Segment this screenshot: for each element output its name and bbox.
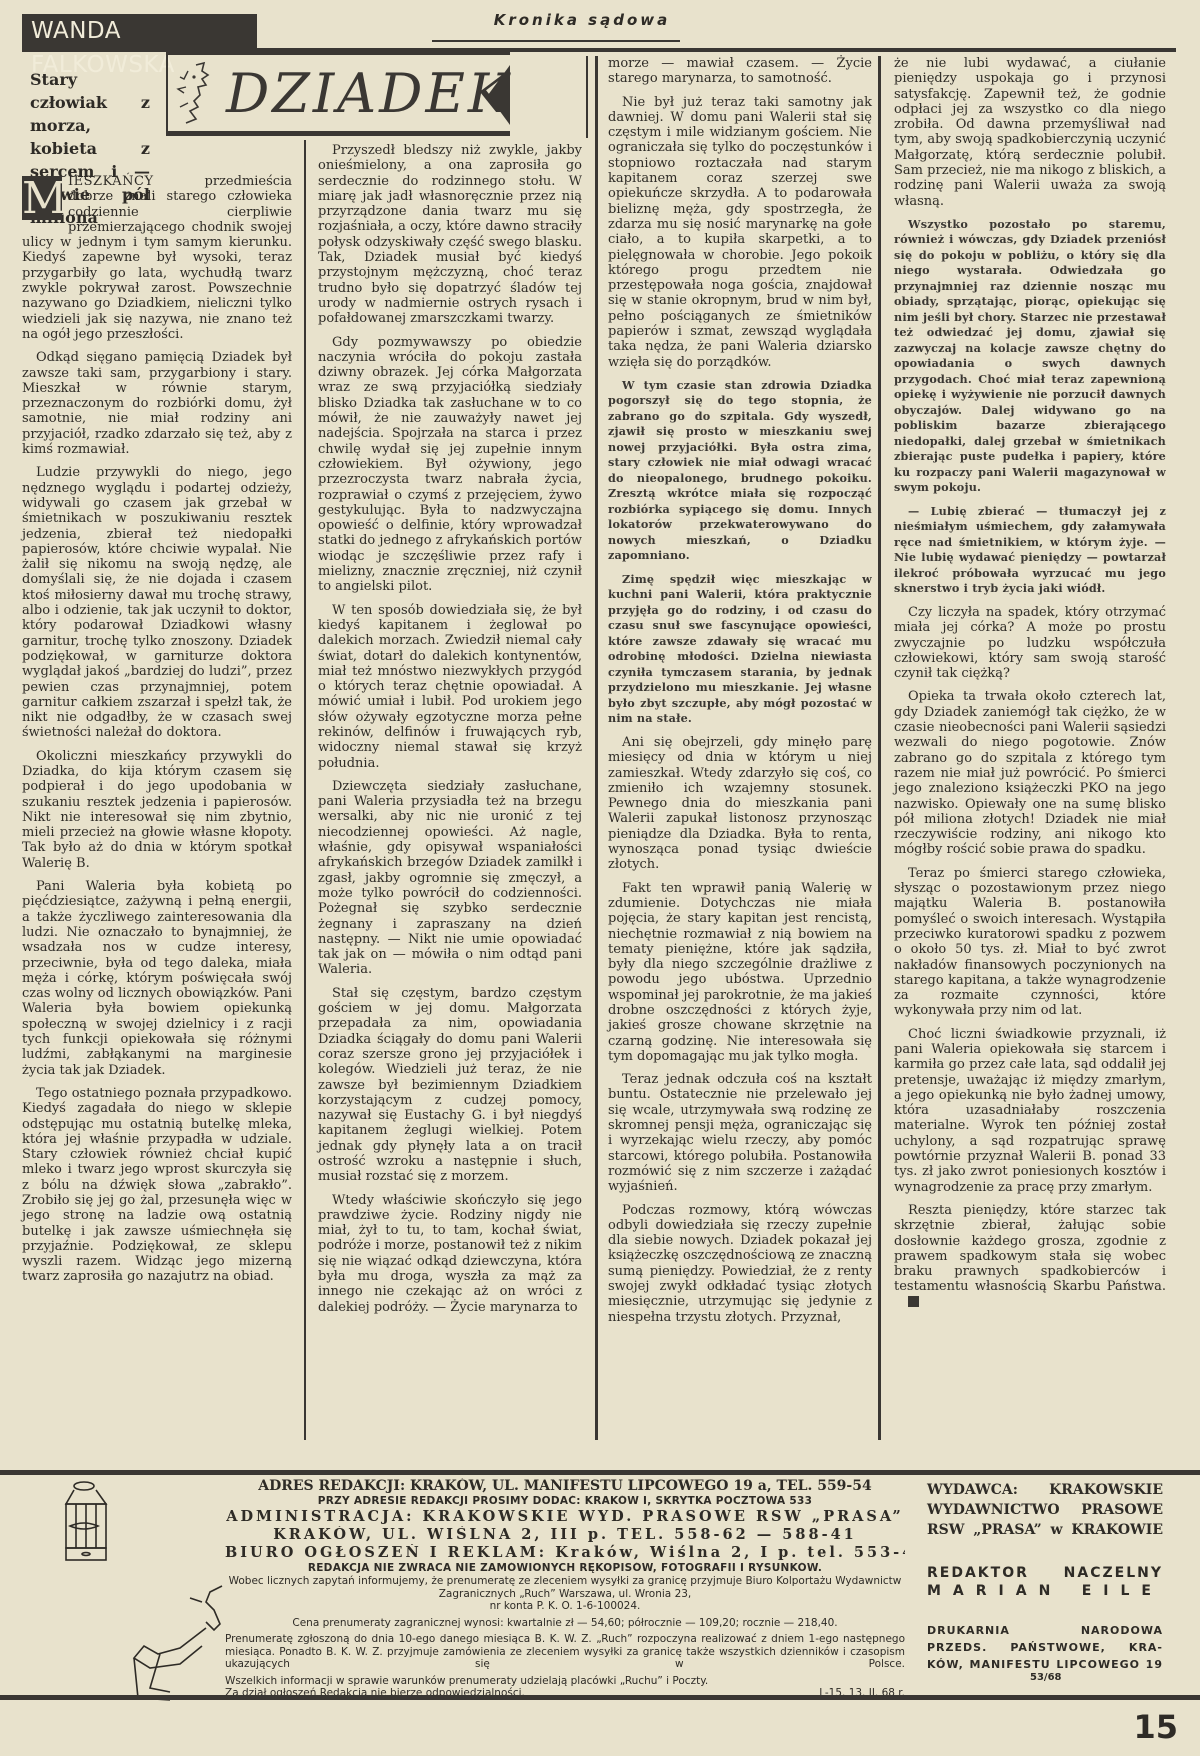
printer-line: PRZEDS. PAŃSTWOWE, KRA-	[927, 1639, 1163, 1656]
article-column-1: MIESZKAŃCY przedmieścia dobrze znali sta…	[22, 174, 292, 1293]
editor-name: MARIAN EILE	[927, 1582, 1163, 1600]
paragraph: Ani się obejrzeli, gdy minęło parę miesi…	[608, 735, 872, 873]
paragraph: W tym czasie stan zdrowia Dziadka pogors…	[608, 378, 872, 564]
newspaper-page: WANDA FALKOWSKA Kronika sądowa Stary czł…	[0, 0, 1200, 1756]
imprint-administration: ADMINISTRACJA: KRAKOWSKIE WYD. PRASOWE R…	[225, 1508, 905, 1526]
paragraph: Choć liczni świadkowie przyznali, iż pan…	[894, 1027, 1166, 1195]
paragraph: Pani Waleria była kobietą po pięćdziesią…	[22, 879, 292, 1078]
imprint-administration-address: KRAKÓW, UL. WIŚLNA 2, III p. TEL. 558-62…	[225, 1526, 905, 1544]
paragraph: — Lubię zbierać — tłumaczył jej z nieśmi…	[894, 504, 1166, 597]
paragraph: W ten sposób dowiedziała się, że był kie…	[318, 603, 582, 771]
imprint: ADRES REDAKCJI: KRAKÓW, UL. MANIFESTU LI…	[225, 1478, 905, 1700]
paragraph: Wtedy właściwie skończyło się jego prawd…	[318, 1193, 582, 1315]
paragraph: Podczas rozmowy, którą wówczas odbyli do…	[608, 1203, 872, 1325]
imprint-info: Wszelkich informacji w sprawie warunków …	[225, 1675, 905, 1688]
column-divider	[595, 56, 598, 1440]
section-title-underline	[432, 40, 680, 42]
paragraph: Tego ostatniego poznała przypadkowo. Kie…	[22, 1086, 292, 1285]
paragraph: Wszystko pozostało po staremu, również i…	[894, 217, 1166, 496]
paragraph: Dziewczęta siedziały zasłuchane, pani Wa…	[318, 779, 582, 978]
paragraph-text: Reszta pieniędzy, które starzec tak skrz…	[894, 1203, 1166, 1294]
paragraph: morze — mawiał czasem. — Życie starego m…	[608, 56, 872, 87]
article-column-3: morze — mawiał czasem. — Życie starego m…	[608, 56, 872, 1333]
paragraph: Nie był już teraz taki samotny jak dawni…	[608, 95, 872, 370]
paragraph: Przyszedł bledszy niż zwykle, jakby onie…	[318, 143, 582, 327]
paragraph: Okoliczni mieszkańcy przywykli do Dziadk…	[22, 749, 292, 871]
imprint-account: nr konta P. K. O. 1-6-100024.	[225, 1600, 905, 1613]
article-column-4: że nie lubi wydawać, a ciułanie pieniędz…	[894, 56, 1166, 1318]
imprint-price: Cena prenumeraty zagranicznej wynosi: kw…	[225, 1617, 905, 1630]
imprint-subscription-terms: Prenumeratę zgłoszoną do dnia 10-ego dan…	[225, 1633, 905, 1671]
publisher-line: RSW „PRASA” w KRAKOWIE	[927, 1520, 1163, 1540]
paragraph: Fakt ten wprawił panią Walerię w zdumien…	[608, 881, 872, 1065]
paragraph: MIESZKAŃCY przedmieścia dobrze znali sta…	[22, 174, 292, 342]
end-of-article-mark	[908, 1296, 919, 1307]
imprint-address: ADRES REDAKCJI: KRAKÓW, UL. MANIFESTU LI…	[225, 1478, 905, 1495]
page-number: 15	[1133, 1708, 1178, 1746]
drop-cap: M	[22, 176, 62, 220]
column-divider	[304, 140, 306, 1440]
paragraph: Opieka ta trwała około czterech lat, gdy…	[894, 689, 1166, 857]
sketch-face-icon	[174, 61, 220, 127]
imprint-disclaimer: REDAKCJA NIE ZWRACA NIE ZAMÓWIONYCH RĘKO…	[225, 1562, 905, 1575]
imprint-ads-office: BIURO OGŁOSZEŃ I REKLAM: Kraków, Wiślna …	[225, 1544, 905, 1562]
paragraph: Ludzie przywykli do niego, jego nędznego…	[22, 465, 292, 740]
paragraph: Teraz po śmierci starego człowieka, słys…	[894, 866, 1166, 1019]
footer-rule	[0, 1470, 1200, 1475]
publisher-info: WYDAWCA: KRAKOWSKIE WYDAWNICTWO PRASOWE …	[927, 1480, 1163, 1673]
publisher-line: WYDAWCA: KRAKOWSKIE	[927, 1480, 1163, 1500]
paragraph: że nie lubi wydawać, a ciułanie pieniędz…	[894, 56, 1166, 209]
paragraph: Odkąd sięgano pamięcią Dziadek był zawsz…	[22, 350, 292, 457]
issue-code: 53/68	[1030, 1672, 1061, 1683]
printer-line: KÓW, MANIFESTU LIPCOWEGO 19	[927, 1656, 1163, 1673]
author-byline: WANDA FALKOWSKA	[22, 14, 257, 48]
article-title-box: DZIADEK	[166, 52, 510, 136]
section-title: Kronika sądowa	[482, 6, 682, 40]
imprint-subscription-abroad: Wobec licznych zapytań informujemy, że p…	[225, 1575, 905, 1600]
paragraph: Stał się częstym, bardzo częstym gościem…	[318, 986, 582, 1185]
footer-rule	[0, 1695, 1200, 1700]
paragraph: Czy liczyła na spadek, który otrzymać mi…	[894, 605, 1166, 681]
editor-role: REDAKTOR NACZELNY	[927, 1564, 1163, 1582]
imprint-note: PRZY ADRESIE REDAKCJI PROSIMY DODAĆ: KRA…	[225, 1495, 905, 1508]
printer-line: DRUKARNIA NARODOWA	[927, 1622, 1163, 1639]
column-divider	[586, 56, 588, 138]
article-column-2: Przyszedł bledszy niż zwykle, jakby onie…	[318, 143, 582, 1323]
paragraph: Zimę spędził więc mieszkając w kuchni pa…	[608, 572, 872, 727]
first-word: IESZKAŃCY	[68, 174, 154, 189]
paragraph: Reszta pieniędzy, które starzec tak skrz…	[894, 1203, 1166, 1310]
publisher-line: WYDAWNICTWO PRASOWE	[927, 1500, 1163, 1520]
article-title: DZIADEK	[226, 55, 511, 131]
column-divider	[878, 56, 881, 1440]
paragraph: Gdy pozmywawszy po obiedzie naczynia wró…	[318, 335, 582, 595]
paragraph: Teraz jednak odczuła coś na kształt bunt…	[608, 1072, 872, 1194]
title-arrow-icon	[488, 65, 510, 125]
